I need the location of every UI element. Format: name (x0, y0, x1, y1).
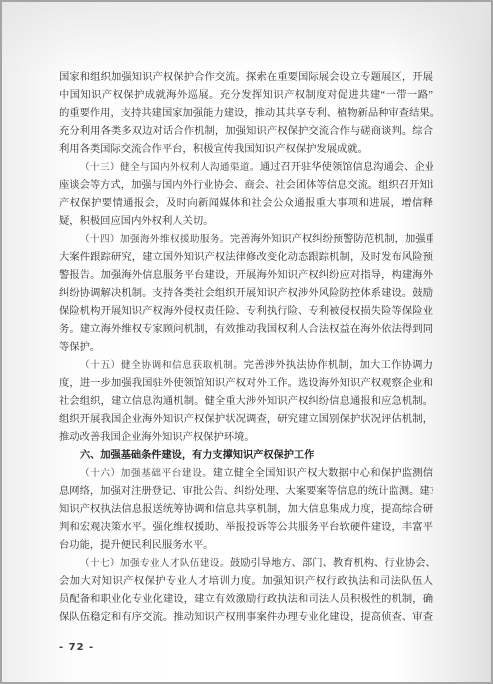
text-span: 建立健全全国知识产权大数据中心和保护监测信 (213, 468, 433, 479)
text-line: 座谈会等方式，加强与国内外行业协会、商会、社会团体等信息交流。组织召开知识 (59, 177, 433, 195)
text-line: 中国知识产权保护成就海外巡展。充分发挥知识产权制度对促进共建“一带一路” (59, 87, 433, 105)
page-number: - 72 - (59, 642, 94, 653)
text-span: 完善涉外执法协作机制，加大工作协调力 (244, 360, 433, 371)
continuation-paragraph: 国家和组织加强知识产权保护合作交流。探索在重要国际展会设立专题展区，开展 中国知… (59, 69, 433, 159)
body-text: 国家和组织加强知识产权保护合作交流。探索在重要国际展会设立专题展区，开展 中国知… (59, 69, 433, 627)
text-line: 台功能，提升便民利民服务水平。 (59, 537, 433, 555)
text-line: 等保护。 (59, 339, 433, 357)
text-line: 务。建立海外维权专家顾问机制，有效推动我国权利人合法权益在海外依法得到同 (59, 321, 433, 339)
text-line: （十四）加强海外维权援助服务。完善海外知识产权纠纷预警防范机制，加强重 (59, 231, 433, 249)
section-lead: （十三）健全与国内外权利人沟通渠道。 (80, 162, 260, 173)
paragraph-17: （十七）加强专业人才队伍建设。鼓励引导地方、部门、教育机构、行业协会、学 会加大… (59, 555, 433, 627)
paragraph-15: （十五）健全协调和信息获取机制。完善涉外执法协作机制，加大工作协调力 度，进一步… (59, 357, 433, 447)
text-line: 保队伍稳定和有序交流。推动知识产权刑事案件办理专业化建设，提高侦查、审查 (59, 609, 433, 627)
text-line: 的重要作用，支持共建国家加强能力建设，推动其共享专利、植物新品种审查结果。 (59, 105, 433, 123)
paragraph-13: （十三）健全与国内外权利人沟通渠道。通过召开驻华使领馆信息沟通会、企业 座谈会等… (59, 159, 433, 231)
section-lead: （十五）健全协调和信息获取机制。 (80, 360, 244, 371)
section-lead: （十六）加强基础平台建设。 (80, 468, 213, 479)
text-line: 纠纷协调解决机制。支持各类社会组织开展知识产权涉外风险防控体系建设。鼓励 (59, 285, 433, 303)
text-line: 充分利用各类多双边对话合作机制，加强知识产权保护交流合作与磋商谈判。综合 (59, 123, 433, 141)
text-line: 推动改善我国企业海外知识产权保护环境。 (59, 429, 433, 447)
paragraph-14: （十四）加强海外维权援助服务。完善海外知识产权纠纷预警防范机制，加强重 大案件跟… (59, 231, 433, 357)
section-lead: （十七）加强专业人才队伍建设。 (80, 558, 230, 569)
text-span: 完善海外知识产权纠纷预警防范机制，加强重 (230, 234, 433, 245)
text-line: 员配备和职业化专业化建设，建立有效激励行政执法和司法人员积极性的机制，确 (59, 591, 433, 609)
text-line: 保险机构开展知识产权海外侵权责任险、专利执行险、专利被侵权损失险等保险业 (59, 303, 433, 321)
text-line: 判和宏观决策水平。强化维权援助、举报投诉等公共服务平台软硬件建设，丰富平 (59, 519, 433, 537)
text-line: 知识产权执法信息报送统筹协调和信息共享机制，加大信息集成力度，提高综合研 (59, 501, 433, 519)
paragraph-16: （十六）加强基础平台建设。建立健全全国知识产权大数据中心和保护监测信 息网络，加… (59, 465, 433, 555)
text-line: 度，进一步加强我国驻外使领馆知识产权对外工作。选设海外知识产权观察企业和 (59, 375, 433, 393)
section-lead: （十四）加强海外维权援助服务。 (80, 234, 230, 245)
text-line: 警报告。加强海外信息服务平台建设，开展海外知识产权纠纷应对指导，构建海外 (59, 267, 433, 285)
text-line: 利用各类国际交流合作平台，积极宣传我国知识产权保护发展成就。 (59, 141, 433, 159)
text-line: （十五）健全协调和信息获取机制。完善涉外执法协作机制，加大工作协调力 (59, 357, 433, 375)
text-line: 息网络，加强对注册登记、审批公告、纠纷处理、大案要案等信息的统计监测。建立 (59, 483, 433, 501)
text-line: （十七）加强专业人才队伍建设。鼓励引导地方、部门、教育机构、行业协会、学 (59, 555, 433, 573)
section-heading: 六、加强基础条件建设，有力支撑知识产权保护工作 (59, 447, 433, 465)
text-line: 会加大对知识产权保护专业人才培训力度。加强知识产权行政执法和司法队伍人 (59, 573, 433, 591)
text-line: 产权保护要情通报会，及时向新闻媒体和社会公众通报重大事项和进展，增信释 (59, 195, 433, 213)
text-line: 国家和组织加强知识产权保护合作交流。探索在重要国际展会设立专题展区，开展 (59, 69, 433, 87)
text-line: 社会组织，建立信息沟通机制。健全重大涉外知识产权纠纷信息通报和应急机制。 (59, 393, 433, 411)
text-line: （十三）健全与国内外权利人沟通渠道。通过召开驻华使领馆信息沟通会、企业 (59, 159, 433, 177)
text-line: 组织开展我国企业海外知识产权保护状况调查，研究建立国别保护状况评估机制， (59, 411, 433, 429)
document-page: 国家和组织加强知识产权保护合作交流。探索在重要国际展会设立专题展区，开展 中国知… (0, 0, 493, 684)
text-span: 鼓励引导地方、部门、教育机构、行业协会、学 (230, 558, 433, 569)
text-line: 疑，积极回应国内外权利人关切。 (59, 213, 433, 231)
text-line: 大案件跟踪研究，建立国外知识产权法律修改变化动态跟踪机制，及时发布风险预 (59, 249, 433, 267)
text-line: （十六）加强基础平台建设。建立健全全国知识产权大数据中心和保护监测信 (59, 465, 433, 483)
text-span: 通过召开驻华使领馆信息沟通会、企业 (260, 162, 433, 173)
